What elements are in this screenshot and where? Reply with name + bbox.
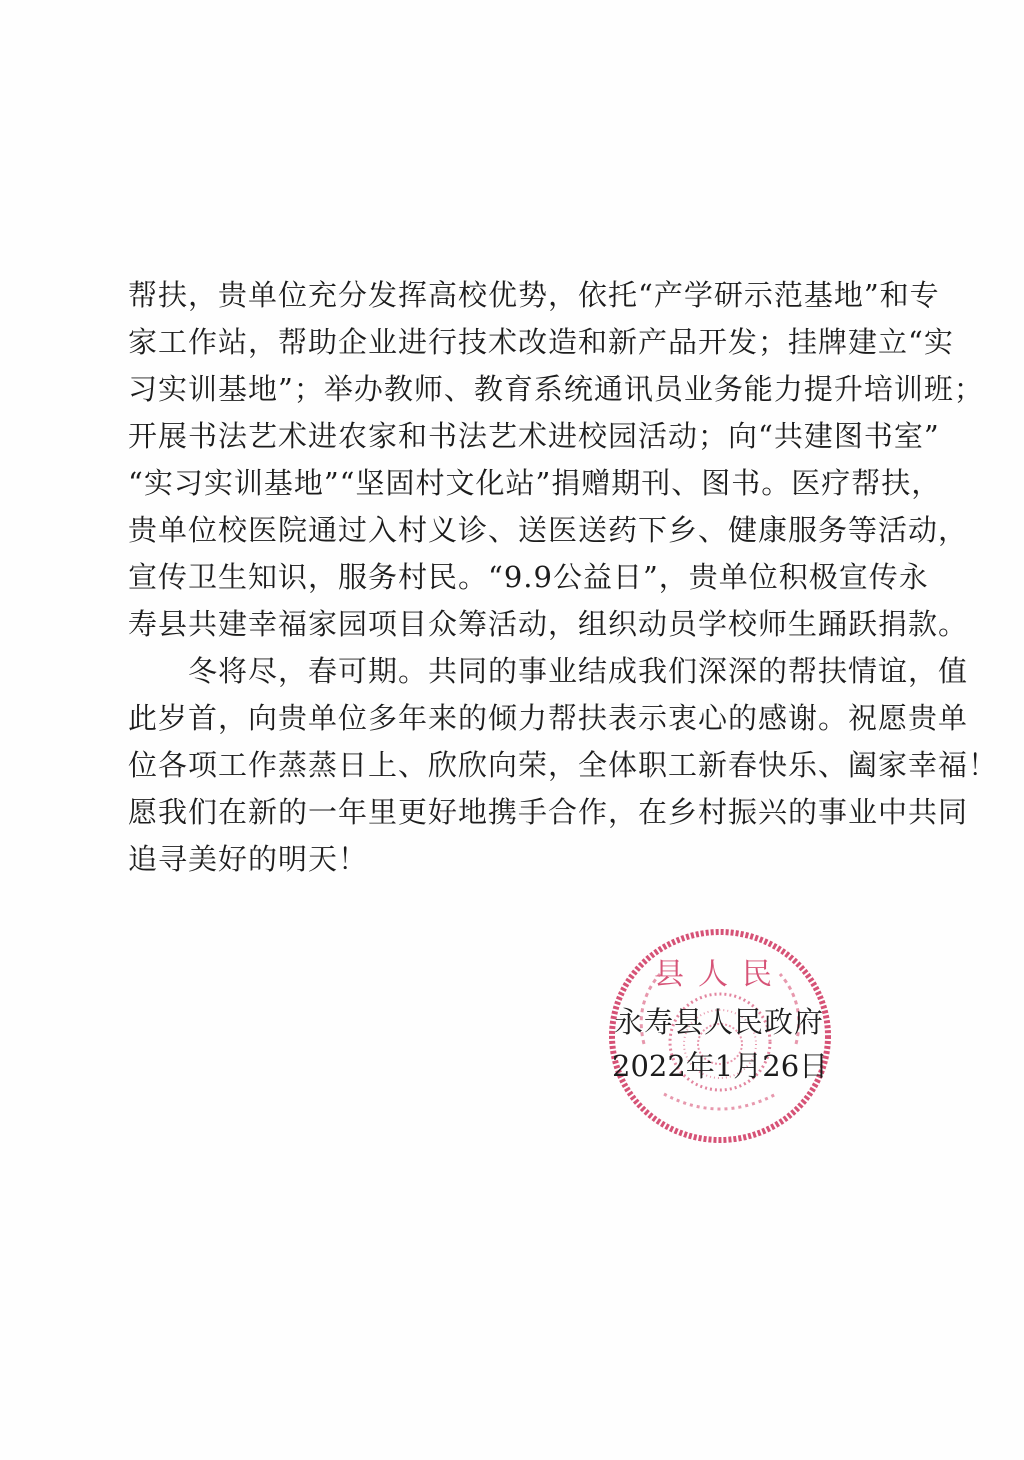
paragraph-2-line: 愿我们在新的一年里更好地携手合作，在乡村振兴的事业中共同 (128, 789, 912, 836)
paragraph-2-line: 冬将尽，春可期。共同的事业结成我们深深的帮扶情谊，值 (128, 648, 912, 695)
paragraph-1-line: 家工作站，帮助企业进行技术改造和新产品开发；挂牌建立“实 (128, 319, 912, 366)
paragraph-1-line: 贵单位校医院通过入村义诊、送医送药下乡、健康服务等活动， (128, 507, 912, 554)
paragraph-1-line: 帮扶，贵单位充分发挥高校优势，依托“产学研示范基地”和专 (128, 272, 912, 319)
paragraph-1-line: 习实训基地”；举办教师、教育系统通讯员业务能力提升培训班； (128, 366, 912, 413)
paragraph-1-line: 寿县共建幸福家园项目众筹活动，组织动员学校师生踊跃捐款。 (128, 601, 912, 648)
signing-date: 2022年1月26日 (612, 1044, 852, 1088)
paragraph-1-line: “实习实训基地”“坚固村文化站”捐赠期刊、图书。医疗帮扶， (128, 460, 912, 507)
paragraph-2-line: 此岁首，向贵单位多年来的倾力帮扶表示衷心的感谢。祝愿贵单 (128, 695, 912, 742)
document-page: 帮扶，贵单位充分发挥高校优势，依托“产学研示范基地”和专 家工作站，帮助企业进行… (0, 0, 1024, 1460)
paragraph-2-line: 位各项工作蒸蒸日上、欣欣向荣，全体职工新春快乐、阖家幸福！ (128, 742, 912, 789)
paragraph-1-line: 开展书法艺术进农家和书法艺术进校园活动；向“共建图书室” (128, 413, 912, 460)
signing-organization: 永寿县人民政府 (612, 1000, 852, 1044)
letter-body: 帮扶，贵单位充分发挥高校优势，依托“产学研示范基地”和专 家工作站，帮助企业进行… (128, 272, 912, 883)
paragraph-1-line: 宣传卫生知识，服务村民。“9.9公益日”，贵单位积极宣传永 (128, 554, 912, 601)
paragraph-2-line: 追寻美好的明天！ (128, 836, 912, 883)
stamp-text: 县人民 (654, 957, 786, 992)
signature-block: 永寿县人民政府 2022年1月26日 (612, 1000, 852, 1088)
